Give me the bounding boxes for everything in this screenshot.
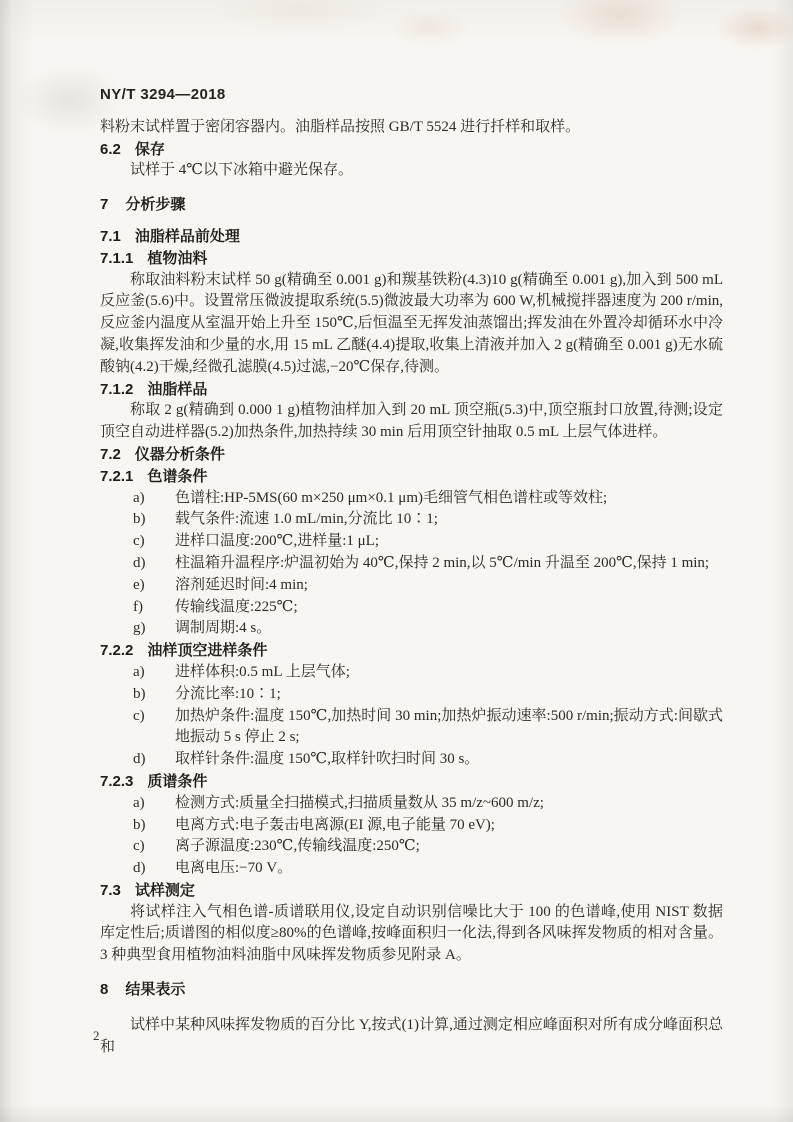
list-item: d)柱温箱升温程序:炉温初始为 40℃,保持 2 min,以 5℃/min 升温…: [100, 553, 723, 575]
list-marker: f): [133, 597, 175, 619]
list-item-text: 色谱柱:HP-5MS(60 m×250 μm×0.1 μm)毛细管气相色谱柱或等…: [175, 488, 723, 510]
clause-number: 7.2.2: [100, 642, 133, 659]
list-item-text: 检测方式:质量全扫描模式,扫描质量数从 35 m/z~600 m/z;: [175, 793, 723, 815]
chapter-title: 结果表示: [125, 981, 185, 998]
page-number: 2: [93, 1028, 100, 1044]
chapter-heading-7: 7分析步骤: [100, 194, 723, 216]
standard-number: NY/T 3294—2018: [100, 84, 723, 106]
list-marker: b): [133, 684, 175, 706]
clause-number: 7.2.1: [100, 468, 133, 485]
list-marker: c): [133, 531, 175, 553]
clause-heading-7-2: 7.2仪器分析条件: [100, 444, 723, 466]
list-item: d)电离电压:−70 V。: [100, 858, 723, 880]
list-item-text: 取样针条件:温度 150℃,取样针吹扫时间 30 s。: [175, 749, 723, 771]
chapter-number: 8: [100, 981, 108, 998]
clause-number: 6.2: [100, 141, 121, 158]
paragraph: 将试样注入气相色谱-质谱联用仪,设定自动识别信噪比大于 100 的色谱峰,使用 …: [100, 902, 723, 967]
paragraph: 称取 2 g(精确到 0.000 1 g)植物油样加入到 20 mL 顶空瓶(5…: [100, 400, 723, 444]
paragraph: 称取油料粉末试样 50 g(精确至 0.001 g)和羰基铁粉(4.3)10 g…: [100, 270, 723, 379]
list-item: b)载气条件:流速 1.0 mL/min,分流比 10∶1;: [100, 509, 723, 531]
clause-number: 7.3: [100, 882, 121, 899]
list-item-text: 分流比率:10∶1;: [175, 684, 723, 706]
clause-heading-7-1-1: 7.1.1植物油料: [100, 248, 723, 270]
list-marker: a): [133, 488, 175, 510]
list-item-text: 进样体积:0.5 mL 上层气体;: [175, 662, 723, 684]
list-item-text: 加热炉条件:温度 150℃,加热时间 30 min;加热炉振动速率:500 r/…: [175, 706, 723, 750]
list-item: e)溶剂延迟时间:4 min;: [100, 575, 723, 597]
list-marker: c): [133, 706, 175, 728]
clause-number: 7.2.3: [100, 773, 133, 790]
page-content: NY/T 3294—2018 料粉末试样置于密闭容器内。油脂样品按照 GB/T …: [100, 84, 723, 1058]
list-marker: b): [133, 509, 175, 531]
paragraph: 试样于 4℃以下冰箱中避光保存。: [100, 160, 723, 182]
list-item-text: 载气条件:流速 1.0 mL/min,分流比 10∶1;: [175, 509, 723, 531]
list-marker: g): [133, 618, 175, 640]
clause-heading-7-3: 7.3试样测定: [100, 880, 723, 902]
clause-title: 植物油料: [147, 250, 207, 267]
list-marker: a): [133, 662, 175, 684]
clause-number: 7.1.2: [100, 381, 133, 398]
clause-heading-7-2-3: 7.2.3质谱条件: [100, 771, 723, 793]
clause-heading-7-1-2: 7.1.2油脂样品: [100, 379, 723, 401]
clause-title: 油脂样品: [147, 381, 207, 398]
chapter-number: 7: [100, 196, 108, 213]
list-marker: b): [133, 815, 175, 837]
list-item-text: 离子源温度:230℃,传输线温度:250℃;: [175, 836, 723, 858]
list-marker: e): [133, 575, 175, 597]
chapter-heading-8: 8结果表示: [100, 979, 723, 1001]
clause-title: 保存: [135, 141, 165, 158]
clause-heading-6-2: 6.2保存: [100, 139, 723, 161]
clause-heading-7-2-2: 7.2.2油样顶空进样条件: [100, 640, 723, 662]
list-item-text: 进样口温度:200℃,进样量:1 μL;: [175, 531, 723, 553]
list-marker: d): [133, 553, 175, 575]
clause-number: 7.1.1: [100, 250, 133, 267]
chapter-title: 分析步骤: [125, 196, 185, 213]
list-item-text: 传输线温度:225℃;: [175, 597, 723, 619]
list-item-text: 柱温箱升温程序:炉温初始为 40℃,保持 2 min,以 5℃/min 升温至 …: [175, 553, 723, 575]
clause-heading-7-2-1: 7.2.1色谱条件: [100, 466, 723, 488]
clause-title: 油样顶空进样条件: [147, 642, 267, 659]
list-item: a)色谱柱:HP-5MS(60 m×250 μm×0.1 μm)毛细管气相色谱柱…: [100, 488, 723, 510]
list-item-text: 调制周期:4 s。: [175, 618, 723, 640]
clause-title: 质谱条件: [147, 773, 207, 790]
list-item: a)进样体积:0.5 mL 上层气体;: [100, 662, 723, 684]
list-marker: a): [133, 793, 175, 815]
scanned-document-page: NY/T 3294—2018 料粉末试样置于密闭容器内。油脂样品按照 GB/T …: [0, 0, 793, 1122]
list-item: b)电离方式:电子轰击电离源(EI 源,电子能量 70 eV);: [100, 815, 723, 837]
clause-title: 仪器分析条件: [135, 446, 225, 463]
clause-number: 7.1: [100, 228, 121, 245]
paragraph-runover: 试样中某种风味挥发物质的百分比 Y,按式(1)计算,通过测定相应峰面积对所有成分…: [100, 1015, 723, 1059]
list-item-text: 电离方式:电子轰击电离源(EI 源,电子能量 70 eV);: [175, 815, 723, 837]
clause-title: 油脂样品前处理: [135, 228, 240, 245]
clause-heading-7-1: 7.1油脂样品前处理: [100, 226, 723, 248]
list-item: c)进样口温度:200℃,进样量:1 μL;: [100, 531, 723, 553]
list-marker: d): [133, 749, 175, 771]
clause-title: 色谱条件: [147, 468, 207, 485]
clause-title: 试样测定: [135, 882, 195, 899]
paragraph-continuation: 料粉末试样置于密闭容器内。油脂样品按照 GB/T 5524 进行扦样和取样。: [100, 117, 723, 139]
clause-number: 7.2: [100, 446, 121, 463]
list-item-text: 溶剂延迟时间:4 min;: [175, 575, 723, 597]
list-item: d)取样针条件:温度 150℃,取样针吹扫时间 30 s。: [100, 749, 723, 771]
list-item: c)离子源温度:230℃,传输线温度:250℃;: [100, 836, 723, 858]
list-item: f)传输线温度:225℃;: [100, 597, 723, 619]
list-item: c)加热炉条件:温度 150℃,加热时间 30 min;加热炉振动速率:500 …: [100, 706, 723, 750]
list-marker: d): [133, 858, 175, 880]
list-item: b)分流比率:10∶1;: [100, 684, 723, 706]
list-marker: c): [133, 836, 175, 858]
list-item: g)调制周期:4 s。: [100, 618, 723, 640]
list-item: a)检测方式:质量全扫描模式,扫描质量数从 35 m/z~600 m/z;: [100, 793, 723, 815]
list-item-text: 电离电压:−70 V。: [175, 858, 723, 880]
